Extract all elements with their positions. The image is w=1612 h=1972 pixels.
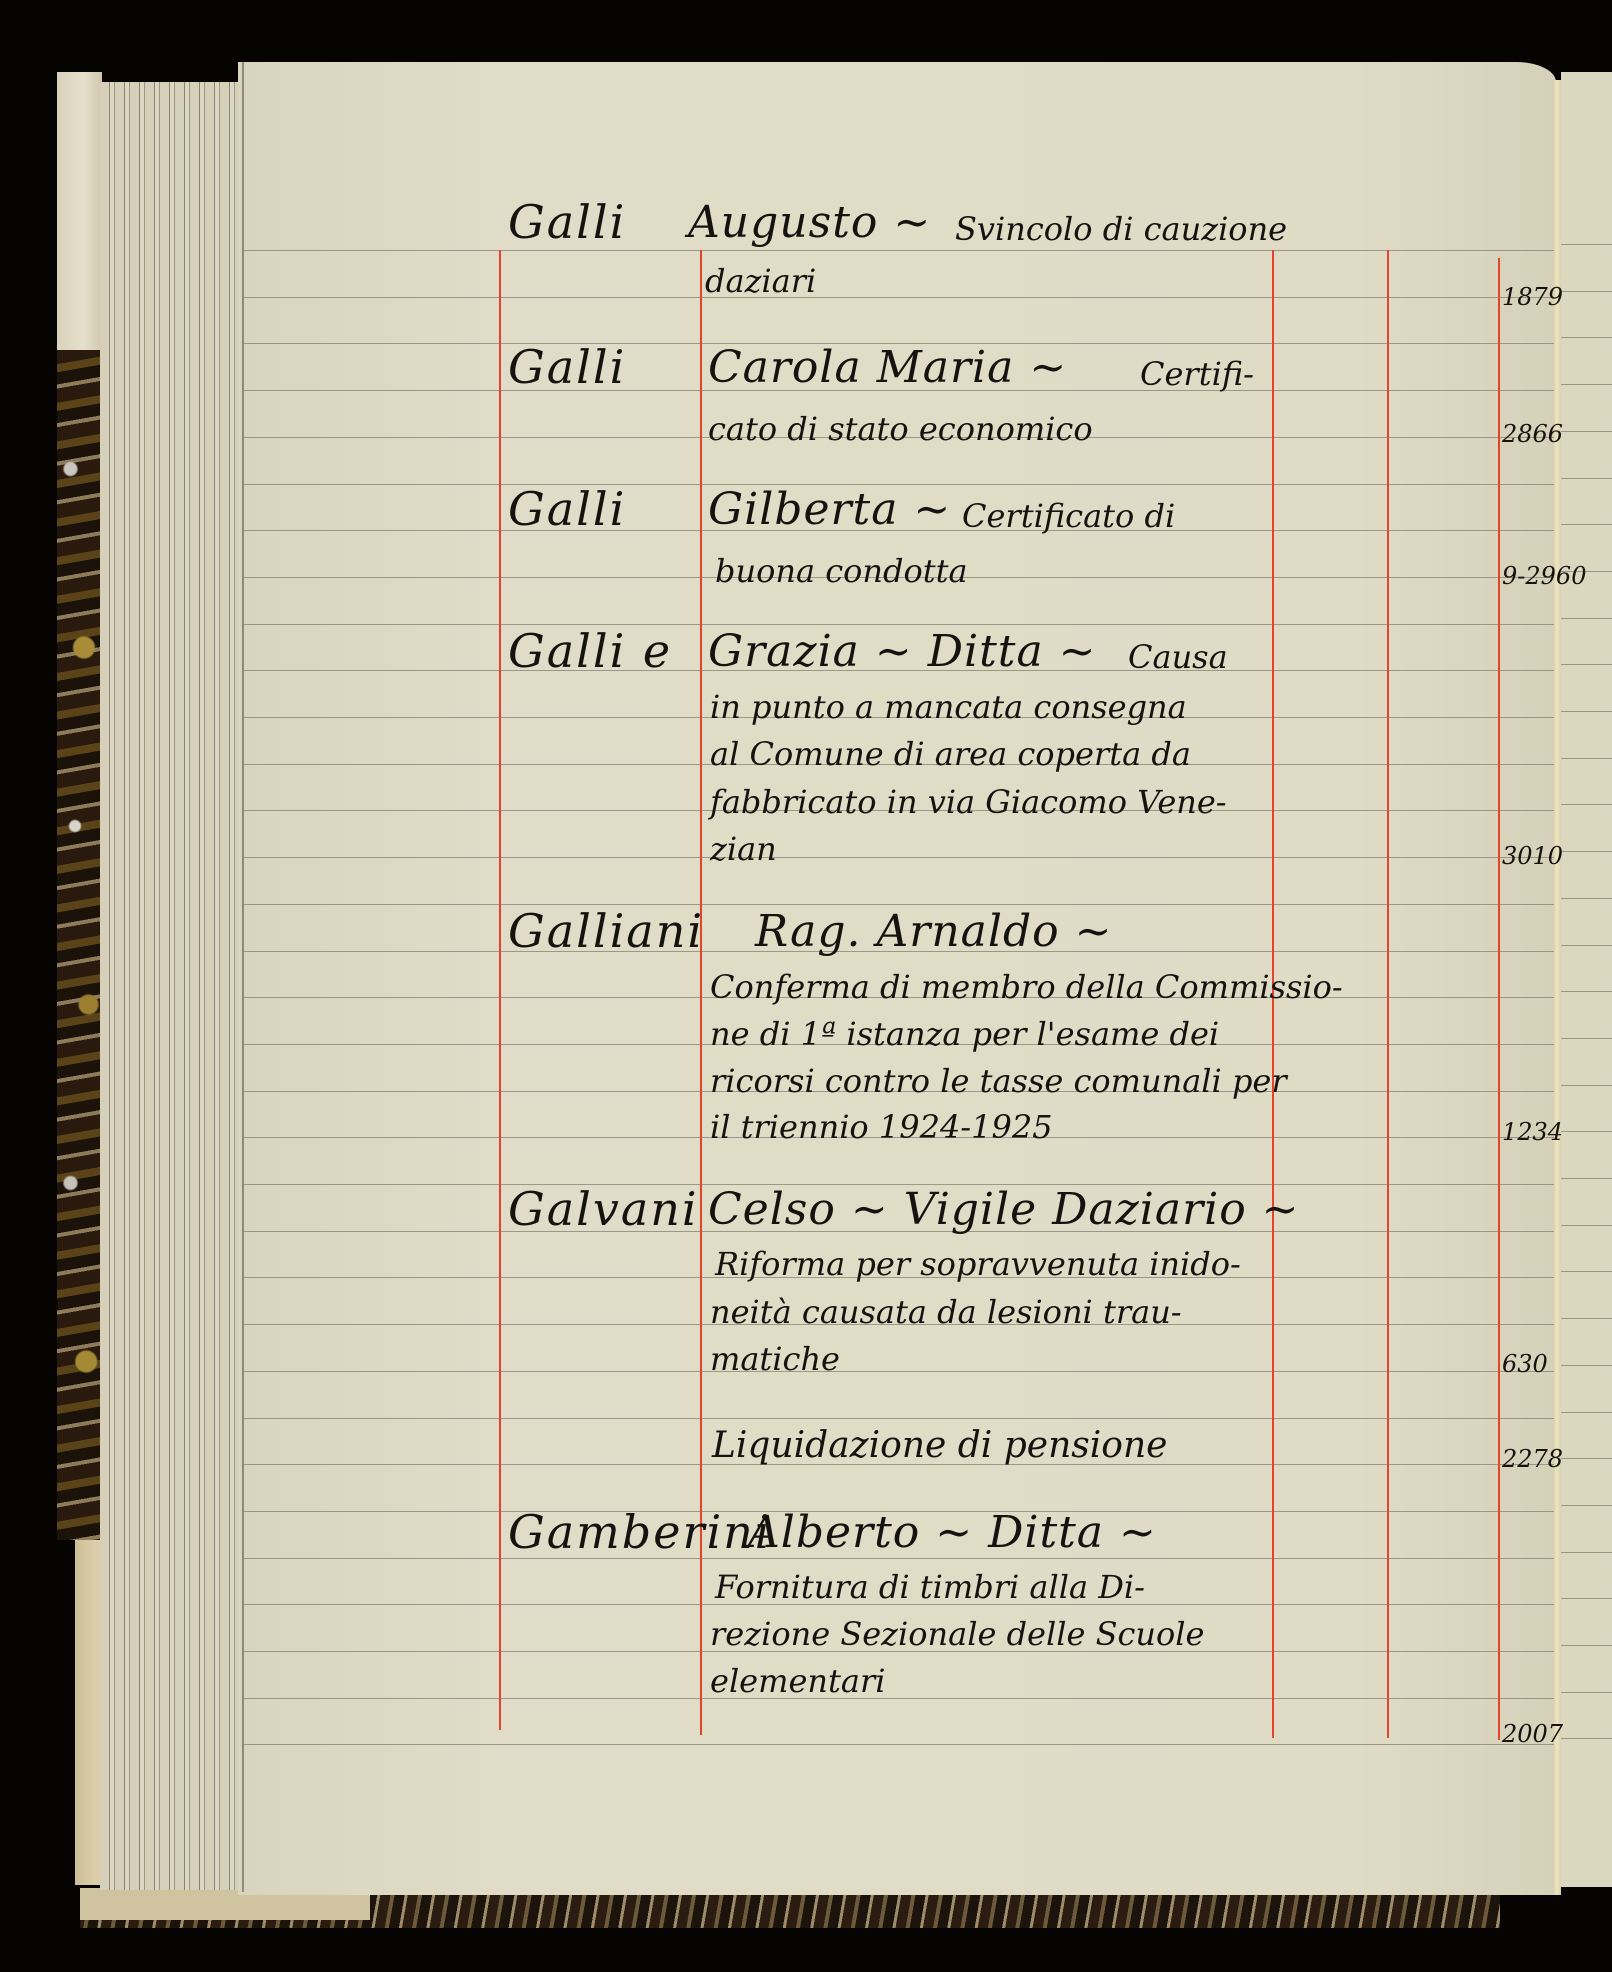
rule-line: [244, 1418, 1554, 1419]
entry-description-line: zian: [710, 830, 777, 868]
rule-line: [244, 624, 1554, 625]
red-column-line-5: [1498, 258, 1500, 1740]
rule-line-facing-page: [1561, 1645, 1612, 1646]
page-edges-stack: [100, 82, 240, 1890]
rule-line: [244, 1744, 1554, 1745]
entry-description-line: Svincolo di cauzione: [955, 210, 1287, 248]
rule-line-facing-page: [1561, 618, 1612, 619]
entry-surname: Gamberini: [508, 1505, 772, 1559]
rule-line-facing-page: [1561, 478, 1612, 479]
entry-given-name: Gilberta ~: [708, 484, 951, 535]
rule-line-facing-page: [1561, 1038, 1612, 1039]
page-left-border: [242, 62, 244, 1892]
rule-line-facing-page: [1561, 758, 1612, 759]
rule-line: [244, 297, 1554, 298]
entry-surname: Galli e: [508, 624, 672, 678]
entry-reference-number: 1234: [1502, 1118, 1563, 1146]
entry-description-line: ne di 1ª istanza per l'esame dei: [710, 1015, 1219, 1053]
rule-line-facing-page: [1561, 337, 1612, 338]
entry-description-line: fabbricato in via Giacomo Vene-: [710, 783, 1227, 821]
rule-line-facing-page: [1561, 431, 1612, 432]
red-column-line-4: [1387, 250, 1389, 1738]
entry-reference-number: 9-2960: [1502, 562, 1586, 590]
entry-reference-number: 1879: [1502, 283, 1563, 311]
rule-line-facing-page: [1561, 664, 1612, 665]
entry-description-line: Certifi-: [1140, 355, 1254, 393]
entry-description-line: al Comune di area coperta da: [710, 735, 1191, 773]
entry-reference-number: 3010: [1502, 842, 1563, 870]
facing-page-edge: [1561, 72, 1612, 1887]
entry-description-line: Certificato di: [962, 497, 1175, 535]
entry-reference-number: 2278: [1502, 1445, 1563, 1473]
rule-line-facing-page: [1561, 1552, 1612, 1553]
rule-line: [244, 904, 1554, 905]
rule-line-facing-page: [1561, 1225, 1612, 1226]
rule-line-facing-page: [1561, 1412, 1612, 1413]
entry-description-line: Riforma per sopravvenuta inido-: [715, 1245, 1241, 1283]
rule-line-facing-page: [1561, 524, 1612, 525]
rule-line-facing-page: [1561, 851, 1612, 852]
rule-line: [244, 1371, 1554, 1372]
entry-reference-number: 2866: [1502, 420, 1563, 448]
rule-line-facing-page: [1561, 1458, 1612, 1459]
rule-line-facing-page: [1561, 804, 1612, 805]
entry-reference-number: 630: [1502, 1350, 1548, 1378]
entry-description-line: neità causata da lesioni trau-: [710, 1293, 1182, 1331]
entry-description-line: Causa: [1128, 638, 1228, 676]
entry-description-line: il triennio 1924-1925: [710, 1108, 1053, 1146]
rule-line: [244, 857, 1554, 858]
entry-description-line: ricorsi contro le tasse comunali per: [710, 1062, 1287, 1100]
rule-line-facing-page: [1561, 1131, 1612, 1132]
entry-description-line: rezione Sezionale delle Scuole: [710, 1615, 1204, 1653]
red-column-line-1: [499, 250, 501, 1730]
entry-description-line: Fornitura di timbri alla Di-: [715, 1568, 1145, 1606]
rule-line-facing-page: [1561, 1271, 1612, 1272]
entry-given-name: Augusto ~: [688, 197, 931, 248]
entry-surname: Galvani: [508, 1182, 699, 1236]
entry-given-name: Grazia ~ Ditta ~: [708, 626, 1097, 677]
marbled-cover-edge: [57, 350, 102, 1540]
entry-surname: Galli: [508, 340, 626, 394]
book-gutter: [1553, 80, 1561, 1895]
rule-line-facing-page: [1561, 1085, 1612, 1086]
entry-description-line: in punto a mancata consegna: [710, 688, 1187, 726]
rule-line-facing-page: [1561, 1738, 1612, 1739]
rule-line-facing-page: [1561, 1178, 1612, 1179]
rule-line-facing-page: [1561, 991, 1612, 992]
rule-line: [244, 1558, 1554, 1559]
rule-line-facing-page: [1561, 1598, 1612, 1599]
entry-surname: Galliani: [508, 904, 704, 958]
rule-line-facing-page: [1561, 898, 1612, 899]
entry-given-name: Carola Maria ~: [708, 342, 1067, 393]
rule-line-facing-page: [1561, 711, 1612, 712]
rule-line-facing-page: [1561, 945, 1612, 946]
rule-line-facing-page: [1561, 1318, 1612, 1319]
entry-description-line: Conferma di membro della Commissio-: [710, 968, 1343, 1006]
entry-given-name: Alberto ~ Ditta ~: [748, 1507, 1157, 1558]
rule-line-facing-page: [1561, 384, 1612, 385]
rule-line-facing-page: [1561, 244, 1612, 245]
cover-vellum-corner-top: [57, 72, 102, 352]
rule-line-facing-page: [1561, 1365, 1612, 1366]
entry-description-line: daziari: [705, 262, 816, 300]
entry-given-name: Rag. Arnaldo ~: [755, 906, 1112, 957]
entry-surname: Galli: [508, 482, 626, 536]
entry-description-line: matiche: [710, 1340, 840, 1378]
entry-given-name: Celso ~ Vigile Daziario ~: [708, 1184, 1300, 1235]
entry-reference-number: 2007: [1502, 1720, 1563, 1748]
entry-description-line: elementari: [710, 1662, 885, 1700]
rule-line-facing-page: [1561, 291, 1612, 292]
entry-description-line: Liquidazione di pensione: [712, 1425, 1167, 1466]
rule-line: [244, 1698, 1554, 1699]
entry-surname: Galli: [508, 195, 626, 249]
entry-description-line: cato di stato economico: [708, 410, 1093, 448]
rule-line-facing-page: [1561, 1692, 1612, 1693]
rule-line-facing-page: [1561, 1505, 1612, 1506]
entry-description-line: buona condotta: [715, 552, 968, 590]
rule-line: [244, 250, 1554, 251]
